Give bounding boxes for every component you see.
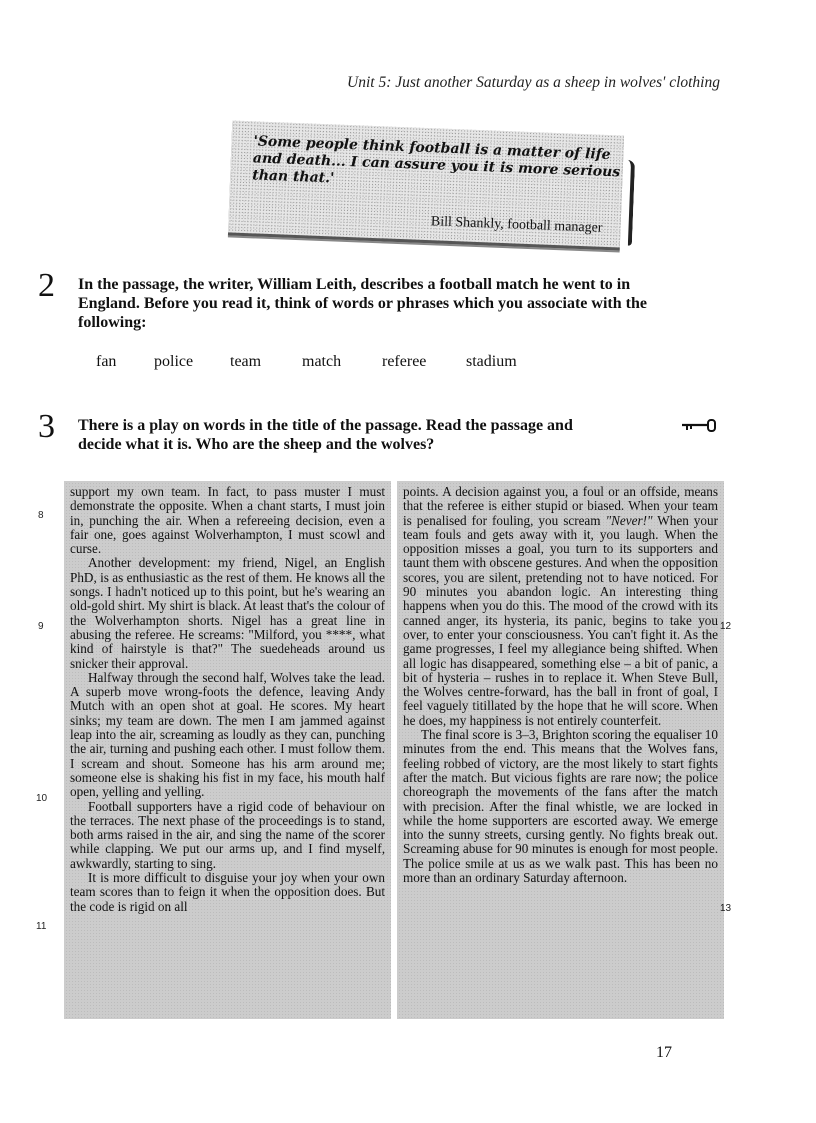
word-item: police [154,353,230,371]
word-item: match [302,353,382,371]
word-item: referee [382,353,466,371]
quote-box: 'Some people think football is a matter … [228,121,624,251]
line-number: 12 [720,621,731,632]
passage-right-column: points. A decision against you, a foul o… [397,481,724,1019]
running-head: Unit 5: Just another Saturday as a sheep… [300,74,720,92]
passage-paragraph: support my own team. In fact, to pass mu… [70,485,385,556]
exercise-number: 3 [38,410,55,444]
word-list: fan police team match referee stadium [96,353,517,371]
line-number: 13 [720,903,731,914]
line-number: 8 [38,510,44,521]
word-item: stadium [466,353,517,371]
line-number: 11 [36,921,46,932]
word-item: team [230,353,302,371]
emphasis-text: "Never!" [606,513,653,528]
exercise-instruction: In the passage, the writer, William Leit… [78,275,648,332]
passage-paragraph: Football supporters have a rigid code of… [70,800,385,871]
passage-paragraph: Halfway through the second half, Wolves … [70,671,385,800]
quote-text: 'Some people think football is a matter … [252,133,624,198]
quote-attribution: Bill Shankly, football manager [431,214,603,237]
passage-paragraph: The final score is 3–3, Brighton scoring… [403,728,718,885]
exercise-instruction: There is a play on words in the title of… [78,416,618,454]
exercise-number: 2 [38,269,55,303]
passage-paragraph: Another development: my friend, Nigel, a… [70,556,385,670]
word-item: fan [96,353,154,371]
page-number: 17 [656,1044,672,1062]
reading-passage: support my own team. In fact, to pass mu… [64,481,744,1021]
key-icon [680,419,718,433]
line-number: 10 [36,793,47,804]
passage-paragraph: It is more difficult to disguise your jo… [70,871,385,914]
line-number: 9 [38,621,44,632]
passage-paragraph: points. A decision against you, a foul o… [403,485,718,728]
passage-text: When your team fouls and gets away with … [403,513,718,728]
passage-left-column: support my own team. In fact, to pass mu… [64,481,391,1019]
